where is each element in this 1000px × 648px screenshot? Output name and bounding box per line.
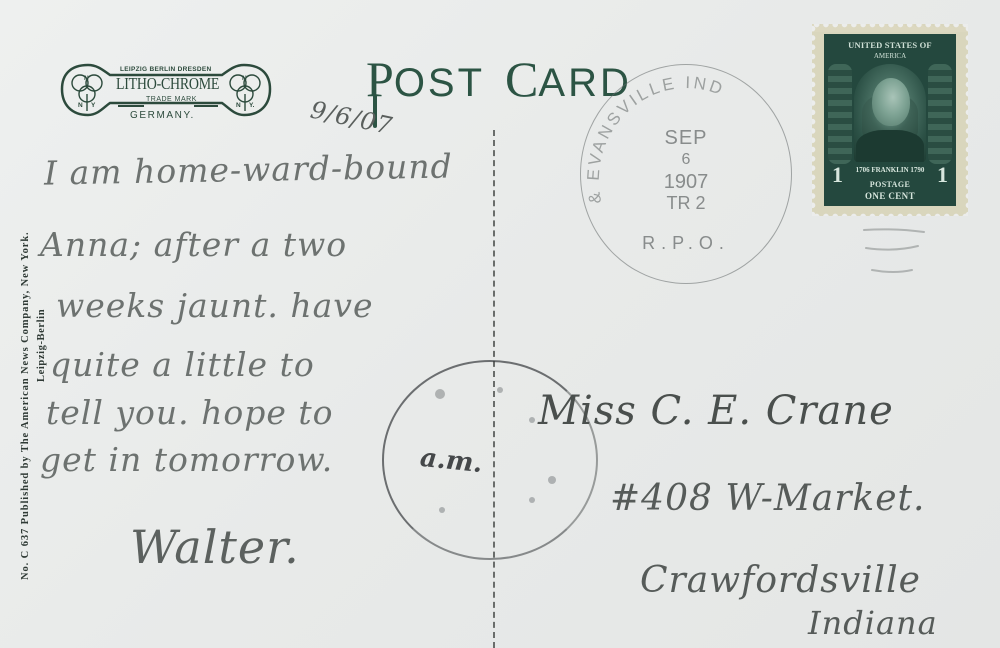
postage-stamp: UNITED STATES OF AMERICA 1 1 1706 FRANKL… <box>812 24 968 216</box>
message-line: weeks jaunt. have <box>56 286 373 325</box>
svg-text:Y: Y <box>91 102 96 109</box>
svg-text:N: N <box>242 75 247 82</box>
postmark-day: 6 <box>581 151 791 169</box>
postmark-month: SEP <box>581 127 791 150</box>
postmark-time: a.m. <box>419 443 484 479</box>
message-line: get in tomorrow. <box>40 440 333 479</box>
svg-text:Y.: Y. <box>249 102 255 109</box>
postmark-train: TR 2 <box>581 193 791 214</box>
heading-initial-p: P <box>366 51 394 107</box>
logo-trademark: TRADE MARK <box>146 96 197 103</box>
publisher-location: Leipzig-Berlin <box>36 309 47 382</box>
stamp-postage-label: POSTAGE <box>824 180 956 189</box>
rpo-postmark: & EVANSVILLE IND SEP 6 1907 TR 2 R.P.O. <box>580 64 792 284</box>
svg-text:N: N <box>78 102 83 109</box>
address-city: Crawfordsville <box>640 560 921 601</box>
postmark-rpo-label: R.P.O. <box>581 233 791 254</box>
message-line: tell you. hope to <box>46 393 334 432</box>
svg-text:N: N <box>236 102 241 109</box>
postmark-year: 1907 <box>581 171 791 194</box>
message-line: I am home-ward-bound <box>44 146 453 192</box>
address-recipient: Miss C. E. Crane <box>538 388 894 434</box>
stamp-country2: AMERICA <box>824 52 956 60</box>
stamp-ornament-left <box>828 64 852 164</box>
postcard-back: No. C 637 Published by The American News… <box>0 0 1000 648</box>
stamp-ornament-right <box>928 64 952 164</box>
address-street: #408 W-Market. <box>610 478 925 519</box>
stamp-name-band: 1706 FRANKLIN 1790 <box>848 166 932 174</box>
publisher-line: No. C 637 Published by The American News… <box>20 231 31 580</box>
stamp-face: UNITED STATES OF AMERICA 1 1 1706 FRANKL… <box>824 34 956 206</box>
franklin-portrait-icon <box>854 64 926 162</box>
message-line: quite a little to <box>50 345 315 384</box>
publisher-imprint: No. C 637 Published by The American News… <box>8 90 48 590</box>
logo-cities: LEIPZIG BERLIN DRESDEN <box>120 66 211 73</box>
logo-brand: LITHO-CHROME <box>116 74 219 94</box>
cancel-marks-icon <box>858 222 938 282</box>
signature: Walter. <box>130 520 300 574</box>
litho-chrome-logo: N N Y N N Y. LEIPZIG BERLIN DRESDEN LITH… <box>58 61 274 123</box>
stamp-country: UNITED STATES OF <box>824 40 956 50</box>
svg-text:N: N <box>84 75 89 82</box>
heading-word1-rest: OST <box>394 61 485 105</box>
stamp-value-label: ONE CENT <box>824 191 956 201</box>
logo-country: GERMANY. <box>130 110 195 121</box>
address-state: Indiana <box>808 604 938 642</box>
heading-initial-c: C <box>505 51 538 107</box>
message-line: Anna; after a two <box>40 225 347 264</box>
